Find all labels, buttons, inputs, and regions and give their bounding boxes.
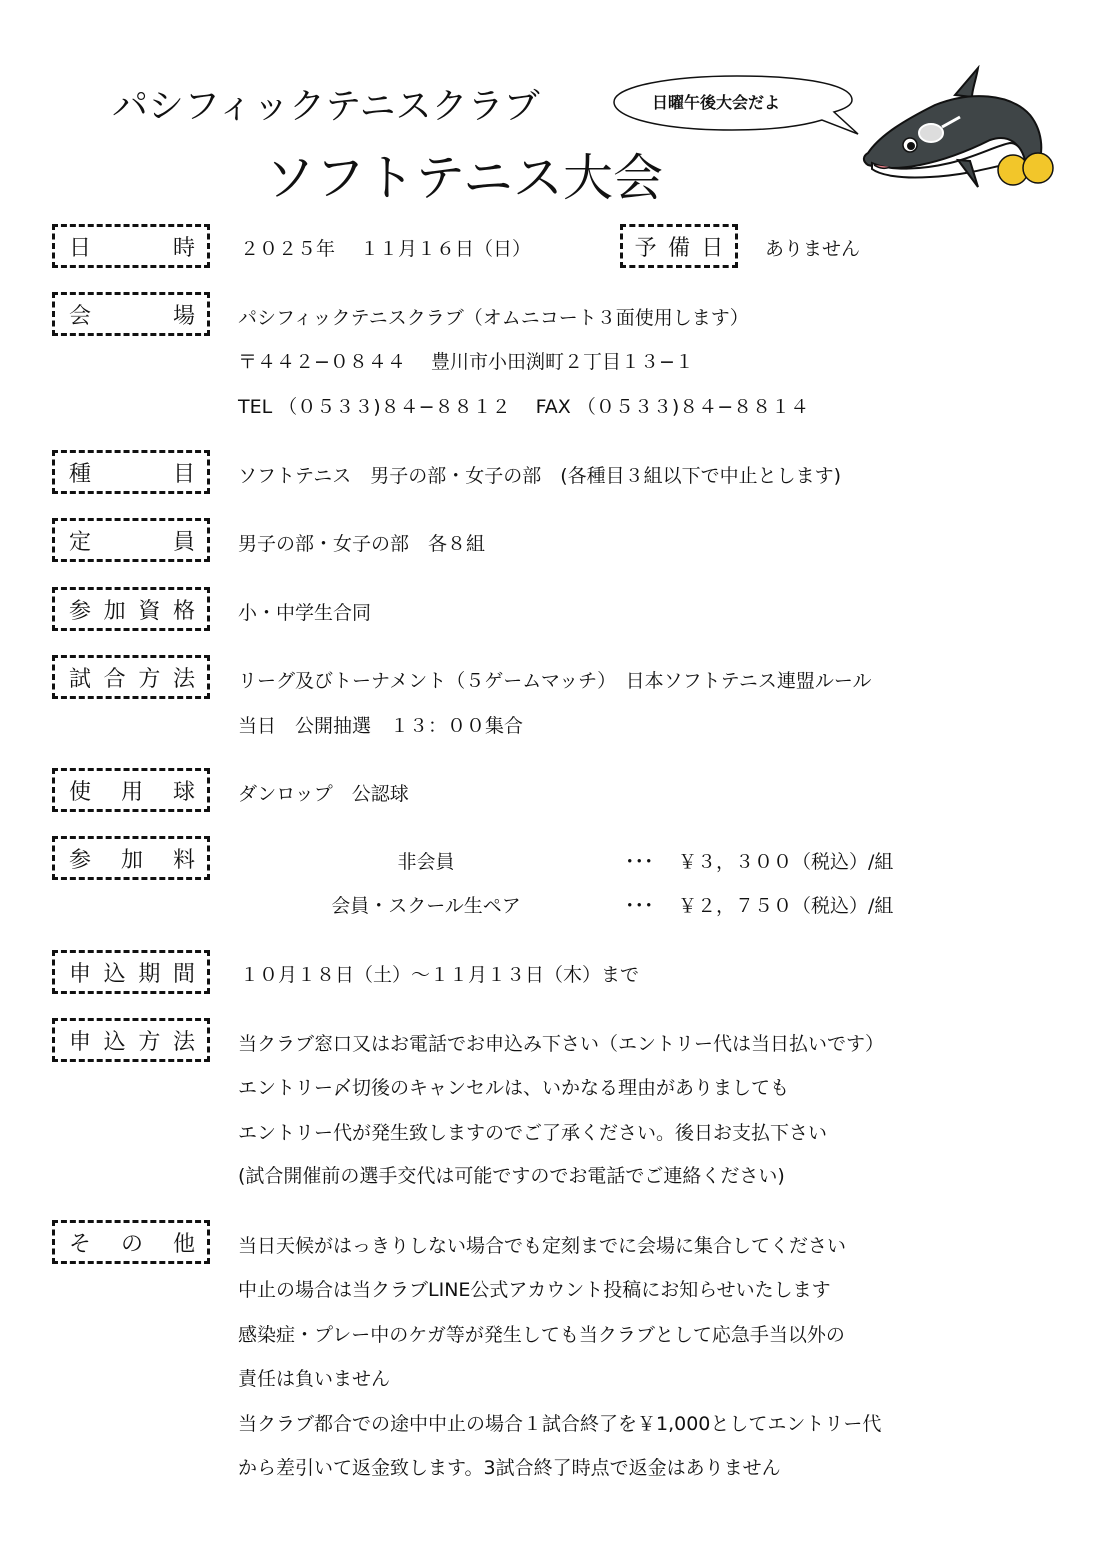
label-char: 備 [668, 231, 690, 262]
application-method-line-2: エントリー〆切後のキャンセルは、いかなる理由がありましても [238, 1073, 789, 1100]
fee-row-name: 非会員 [276, 847, 576, 874]
label-char: 方 [138, 662, 160, 693]
other-line-5: 当クラブ都合での途中中止の場合１試合終了を￥1,000としてエントリー代 [238, 1409, 881, 1436]
other-line-6: から差引いて返金致します。3試合終了時点で返金はありません [238, 1453, 781, 1480]
venue-name: パシフィックテニスクラブ（オムニコート３面使用します） [238, 303, 749, 330]
label-eligibility: 参 加 資 格 [52, 587, 210, 631]
label-char: そ [69, 1227, 91, 1258]
fee-row-price: ￥３，３００（税込）/組 [678, 847, 893, 874]
match-format-line-1: リーグ及びトーナメント（５ゲームマッチ） 日本ソフトテニス連盟ルール [238, 666, 871, 693]
label-char: 方 [138, 1025, 160, 1056]
label-char: 込 [104, 1025, 126, 1056]
label-fee: 参 加 料 [52, 836, 210, 880]
eligibility-value: 小・中学生合同 [238, 598, 371, 625]
label-char: 定 [69, 525, 91, 556]
label-other: そ の 他 [52, 1220, 210, 1264]
label-capacity: 定 員 [52, 518, 210, 562]
label-char: 日 [701, 231, 723, 262]
application-period-value: １０月１８日（土）～１１月１３日（木）まで [240, 960, 639, 987]
fee-row-dots: ･･･ [625, 891, 654, 918]
label-char: 目 [173, 457, 195, 488]
label-application-period: 申 込 期 間 [52, 950, 210, 994]
label-char: 日 [69, 231, 91, 262]
other-line-3: 感染症・プレー中のケガ等が発生しても当クラブとして応急手当以外の [238, 1320, 845, 1347]
fee-row-price: ￥２，７５０（税込）/組 [678, 891, 893, 918]
other-line-4: 責任は負いません [238, 1364, 390, 1391]
label-char: 他 [173, 1227, 195, 1258]
label-char: 予 [635, 231, 657, 262]
label-char: 資 [138, 594, 160, 625]
fee-row-dots: ･･･ [625, 847, 654, 874]
label-char: 時 [173, 231, 195, 262]
label-venue: 会 場 [52, 292, 210, 336]
fee-row-name: 会員・スクール生ペア [276, 891, 576, 918]
venue-phone-fax: TEL （０５３３)８４−８８１２ FAX （０５３３)８４−８８１４ [238, 392, 809, 419]
label-char: 加 [121, 843, 143, 874]
label-ball: 使 用 球 [52, 768, 210, 812]
label-char: 員 [173, 525, 195, 556]
label-reserve-day: 予 備 日 [620, 224, 738, 268]
label-char: 用 [121, 775, 143, 806]
venue-address: 〒４４２−０８４４ 豊川市小田渕町２丁目１３−１ [238, 347, 694, 374]
label-char: 種 [69, 457, 91, 488]
speech-bubble-text: 日曜午後大会だよ [652, 90, 780, 113]
other-line-1: 当日天候がはっきりしない場合でも定刻までに会場に集合してください [238, 1231, 846, 1258]
label-char: 会 [69, 299, 91, 330]
label-char: 法 [173, 662, 195, 693]
label-char: 試 [69, 662, 91, 693]
application-method-line-1: 当クラブ窓口又はお電話でお申込み下さい（エントリー代は当日払いです） [238, 1029, 884, 1056]
label-char: 込 [104, 957, 126, 988]
label-match-format: 試 合 方 法 [52, 655, 210, 699]
dolphin-mascot-icon [860, 65, 1060, 195]
label-events: 種 目 [52, 450, 210, 494]
other-line-2: 中止の場合は当クラブLINE公式アカウント投稿にお知らせいたします [238, 1275, 831, 1302]
label-char: 料 [173, 843, 195, 874]
label-date: 日 時 [52, 224, 210, 268]
label-char: 申 [69, 1025, 91, 1056]
application-method-line-3: エントリー代が発生致しますのでご了承ください。後日お支払下さい [238, 1118, 827, 1145]
club-name: パシフィックテニスクラブ [112, 78, 540, 129]
label-char: 参 [69, 594, 91, 625]
label-char: 合 [104, 662, 126, 693]
reserve-day-value: ありません [765, 234, 860, 261]
events-value: ソフトテニス 男子の部・女子の部 (各種目３組以下で中止とします) [238, 461, 841, 488]
capacity-value: 男子の部・女子の部 各８組 [238, 529, 485, 556]
label-char: の [121, 1227, 143, 1258]
application-method-line-4: (試合開催前の選手交代は可能ですのでお電話でご連絡ください) [238, 1161, 785, 1188]
date-value: ２０２５年 １１月１６日（日） [240, 234, 531, 261]
label-char: 場 [173, 299, 195, 330]
label-char: 加 [104, 594, 126, 625]
ball-value: ダンロップ 公認球 [238, 779, 409, 806]
label-application-method: 申 込 方 法 [52, 1018, 210, 1062]
label-char: 参 [69, 843, 91, 874]
label-char: 申 [69, 957, 91, 988]
label-char: 格 [173, 594, 195, 625]
label-char: 球 [173, 775, 195, 806]
match-format-line-2: 当日 公開抽選 １３：００集合 [238, 711, 523, 738]
event-title: ソフトテニス大会 [265, 138, 663, 210]
label-char: 期 [138, 957, 160, 988]
label-char: 間 [173, 957, 195, 988]
label-char: 使 [69, 775, 91, 806]
label-char: 法 [173, 1025, 195, 1056]
